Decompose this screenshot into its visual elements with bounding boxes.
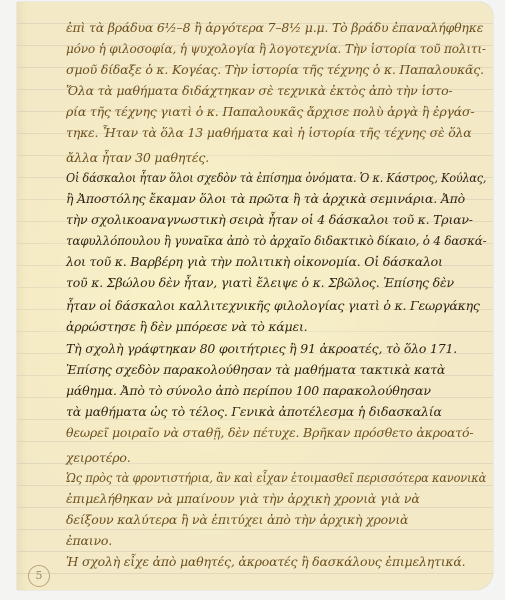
text-line: χειροτέρο.: [66, 450, 131, 465]
text-line: θεωρεῖ μοιραῖο νὰ σταθῇ, δὲν πέτυχε. Βρῆ…: [66, 425, 473, 440]
text-line: Ὡς πρὸς τὰ φροντιστήρια, ἂν καὶ εἶχαν ἑτ…: [66, 470, 486, 485]
text-line: λοι τοῦ κ. Βαρβέρη γιὰ τὴν πολιτικὴ οἰκο…: [66, 254, 443, 269]
text-line: ἦταν οἱ δάσκαλοι καλλιτεχνικῆς φιλολογία…: [66, 298, 480, 313]
scanned-page: ἐπὶ τὰ βράδυα 6½–8 ἢ ἀργότερα 7–8½ μ.μ. …: [0, 0, 505, 600]
text-line: σμοῦ δίδαξε ὁ κ. Κογέας. Τὴν ἱστορία τῆς…: [66, 62, 484, 77]
text-line: τὴν σχολικοαναγνωστικὴ σειρὰ ἦταν οἱ 4 δ…: [66, 212, 473, 227]
text-line: μάθημα. Ἀπὸ τὸ σύνολο ἀπὸ περίπου 100 πα…: [66, 383, 431, 398]
text-line: Τὴ σχολὴ γράφτηκαν 80 φοιτήτριες ἢ 91 ἀκ…: [66, 341, 457, 356]
text-line: τὰ μαθήματα ὡς τὸ τέλος. Γενικὰ ἀποτέλεσ…: [66, 404, 442, 419]
text-line: ἄλλα ἦταν 30 μαθητές.: [66, 150, 209, 165]
text-line: ἐπιμελήθηκαν νὰ μπαίνουν γιὰ τὴν ἀρχικὴ …: [66, 491, 420, 506]
text-line: ἐπὶ τὰ βράδυα 6½–8 ἢ ἀργότερα 7–8½ μ.μ. …: [66, 20, 483, 35]
text-line: τηκε. Ἦταν τὰ ὅλα 13 μαθήματα καὶ ἡ ἱστο…: [66, 125, 472, 140]
text-line: ἀρρώστησε ἢ δὲν μπόρεσε νὰ τὸ κάμει.: [66, 319, 307, 334]
text-line: Ὅλα τὰ μαθήματα διδάχτηκαν σὲ τεχνικὰ ἐκ…: [66, 83, 452, 98]
text-line: τοῦ κ. Σβώλου δὲν ἦταν, γιατὶ ἔλειψε ὁ κ…: [66, 275, 454, 290]
text-line: ἐπαινο.: [66, 533, 112, 548]
text-line: Ἡ σχολὴ εἶχε ἀπὸ μαθητές, ἀκροατές ἢ δασ…: [66, 554, 465, 569]
page-number-circle: 5: [28, 565, 50, 587]
text-line: μόνο ἡ φιλοσοφία, ἡ ψυχολογία ἢ λογοτεχν…: [66, 41, 486, 56]
text-line: ἢ Ἀποστόλης ἔκαμαν ὅλοι τὰ πρῶτα ἢ τὰ ἀρ…: [66, 191, 465, 206]
text-line: ταφυλλόπουλου ἢ γυναῖκα ἀπὸ τὸ ἀρχαῖο δι…: [66, 233, 486, 248]
text-line: Οἱ δάσκαλοι ἦταν ὅλοι σχεδὸν τὰ ἐπίσημα …: [66, 170, 486, 185]
text-line: δείξουν καλύτερα ἢ νὰ ἐπιτύχει ἀπὸ τὴν ἀ…: [66, 512, 408, 527]
text-line: Ἐπίσης σχεδὸν παρακολούθησαν τὰ μαθήματα…: [66, 362, 445, 377]
text-line: ρία τῆς τέχνης γιατὶ ὁ κ. Παπαλουκᾶς ἄρχ…: [66, 104, 474, 119]
